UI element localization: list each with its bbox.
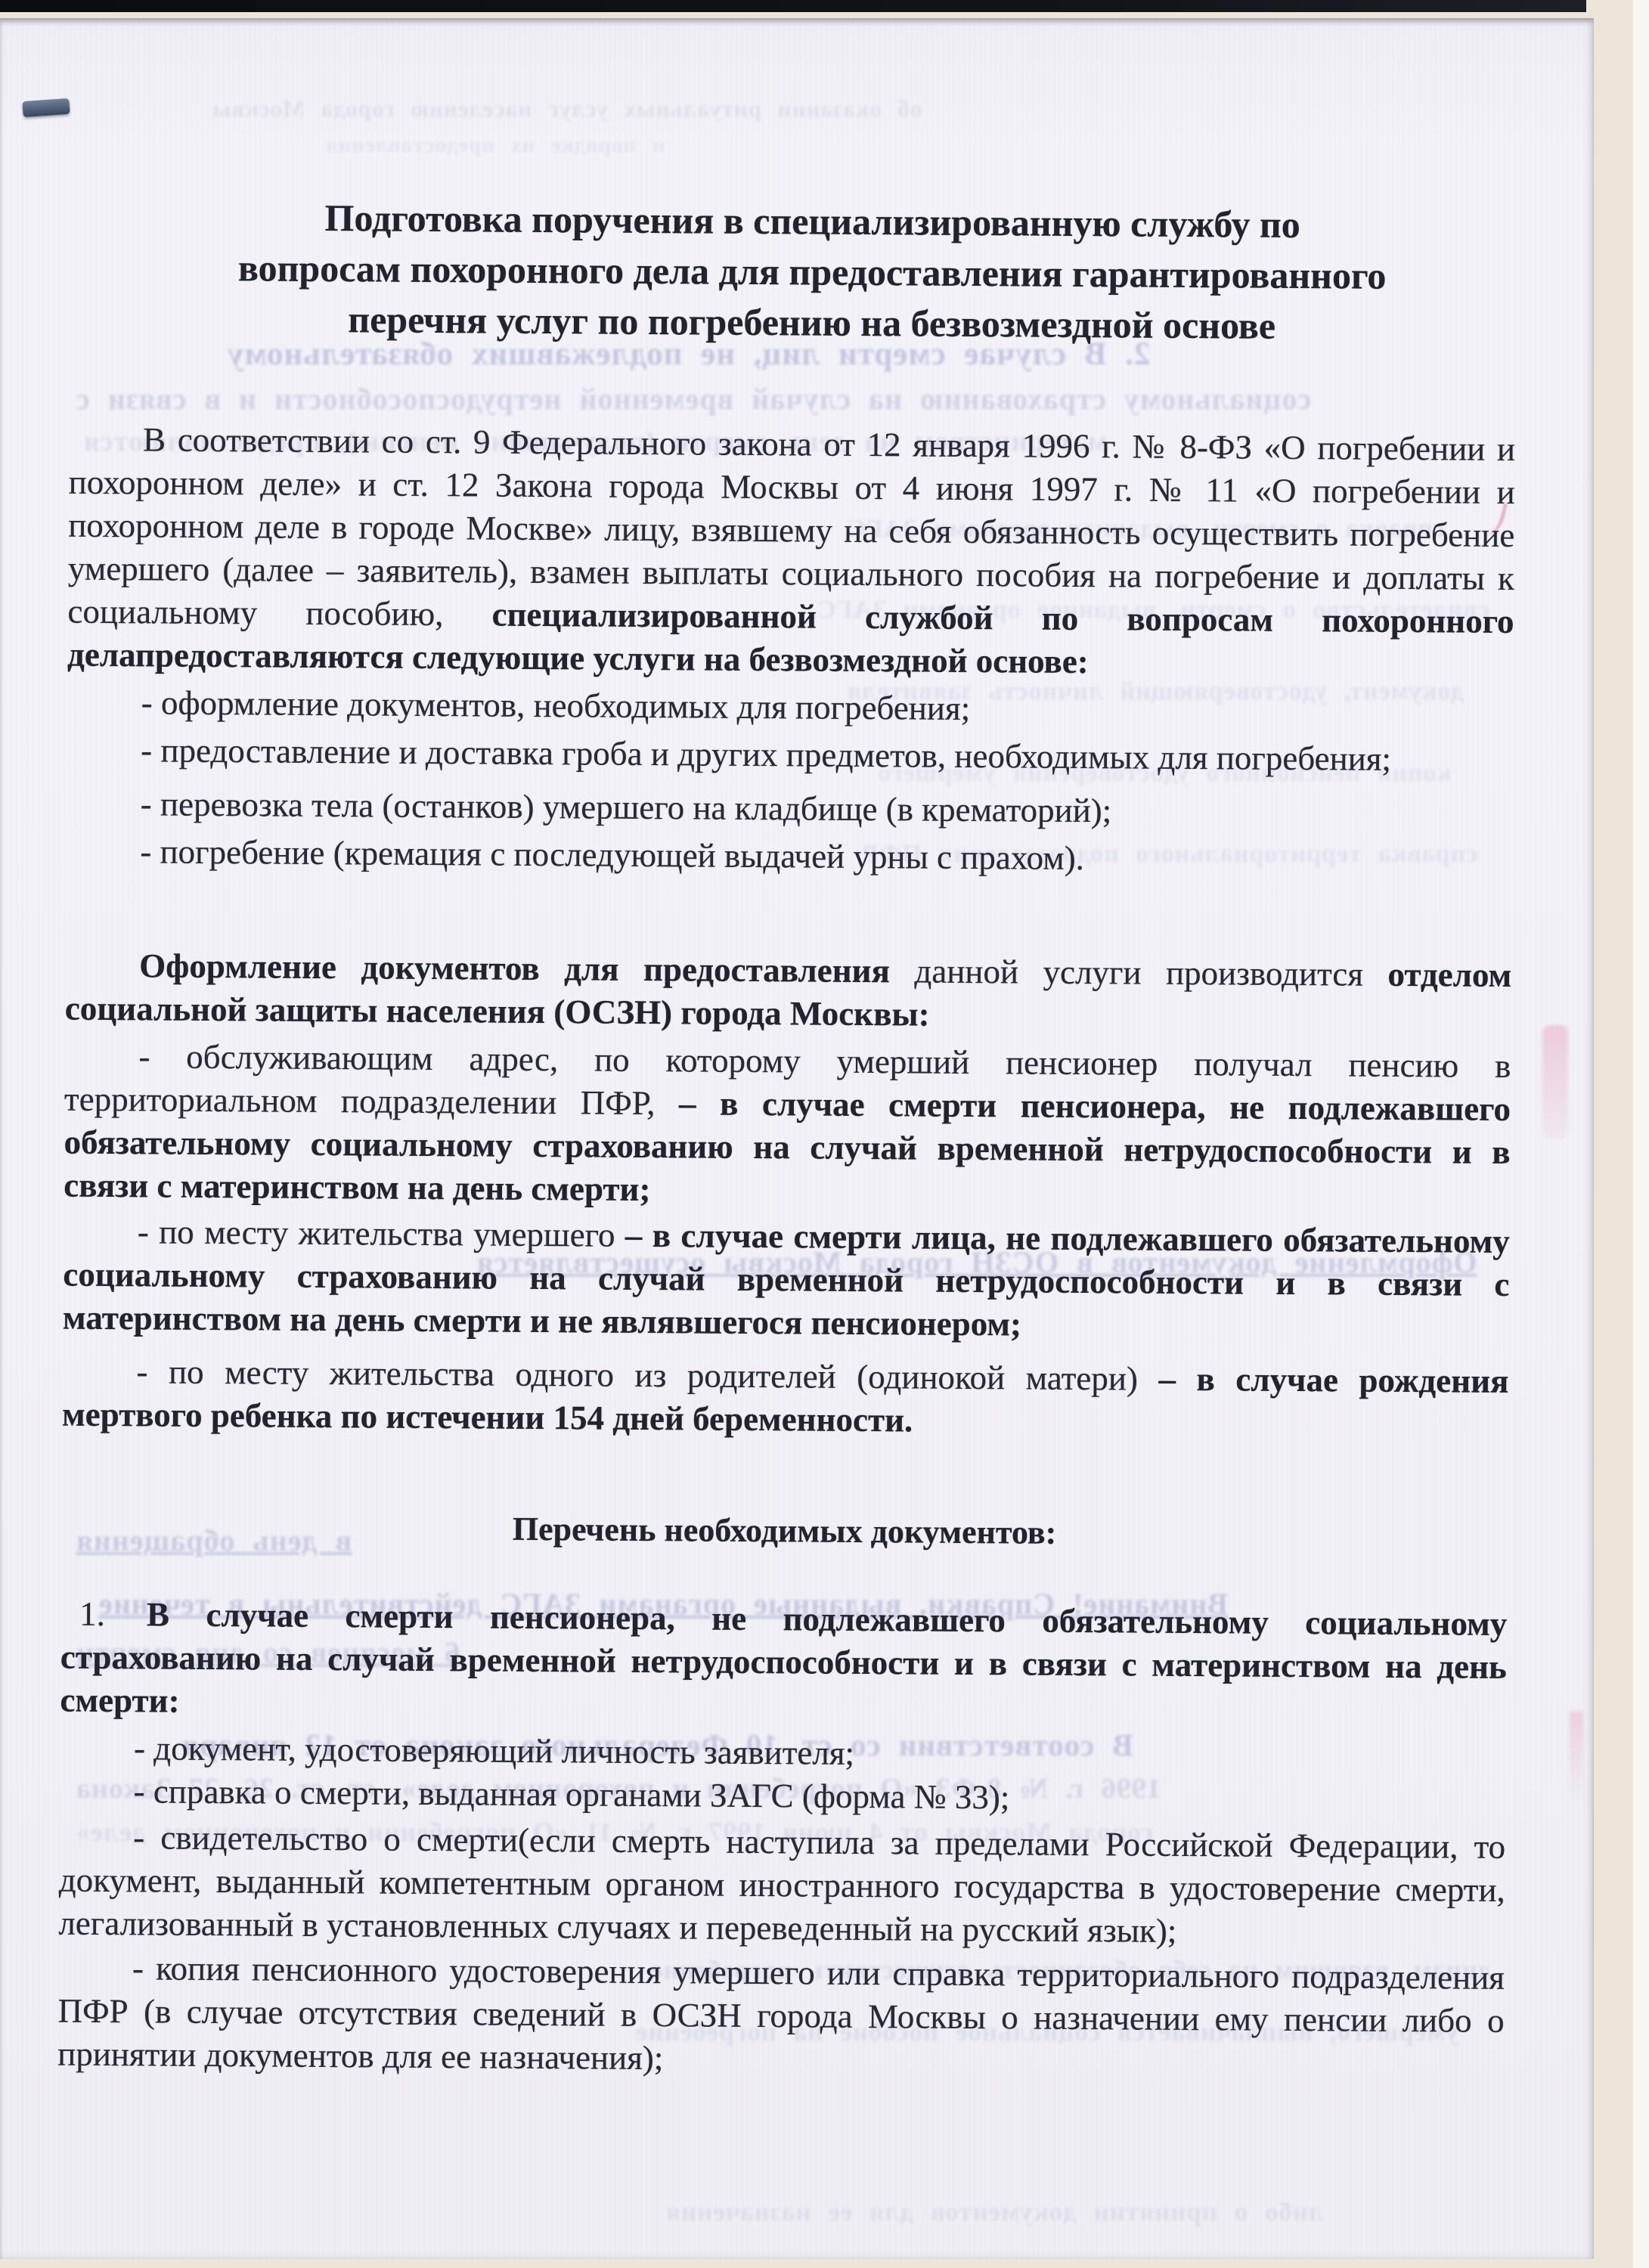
oszn-regular-text: данной услуги производится [890,952,1388,993]
case1-paragraph: 1.В случае смерти пенсионера, не подлежа… [60,1593,1507,1732]
oszn-case: - по месту жительства одного из родителе… [62,1350,1509,1446]
case1-number: 1. [79,1595,147,1634]
oszn-case: - обслуживающим адрес, по которому умерш… [64,1035,1511,1217]
oszn-paragraph: Оформление документов для предоставления… [65,944,1512,1040]
case-regular-text: - по месту жительства одного из родителе… [136,1352,1158,1397]
title-line: вопросам похоронного дела для предоставл… [107,242,1516,302]
case-regular-text: - по месту жительства умершего [138,1213,625,1254]
title-line: перечня услуг по погребению на безвозмез… [107,293,1516,353]
scanner-edge-bar [0,0,1586,12]
oszn-case: - по месту жительства умершего – в случа… [63,1210,1510,1349]
service-item: - предоставление и доставка гроба и друг… [67,729,1513,782]
intro-paragraph: В соответствии со ст. 9 Федерального зак… [67,418,1515,686]
oszn-bold-text: Оформление документов для предоставления [139,947,890,990]
document-item: - свидетельство о смерти(если смерть нас… [58,1816,1505,1955]
documents-heading: Перечень необходимых документов: [61,1504,1508,1557]
service-item: - погребение (кремация с последующей выд… [66,830,1512,883]
service-item: - перевозка тела (останков) умершего на … [67,782,1513,835]
paper-sheet: об оказании ритуальных услуг населению г… [0,18,1594,2259]
document-item: - справка о смерти, выданная органами ЗА… [59,1770,1505,1823]
scanner-right-margin [1633,0,1649,2268]
case1-bold-text: В случае смерти пенсионера, не подлежавш… [60,1595,1507,1719]
scanned-document-page: об оказании ритуальных услуг населению г… [0,0,1649,2268]
document-content: Подготовка поручения в специализированну… [0,20,1594,2087]
document-item: - копия пенсионного удостоверения умерше… [57,1947,1505,2086]
bleedthrough-line: либо о принятии документов для ее назнач… [665,2197,1323,2227]
document-title: Подготовка поручения в специализированну… [70,191,1517,353]
service-item: - оформление документов, необходимых для… [67,681,1513,734]
